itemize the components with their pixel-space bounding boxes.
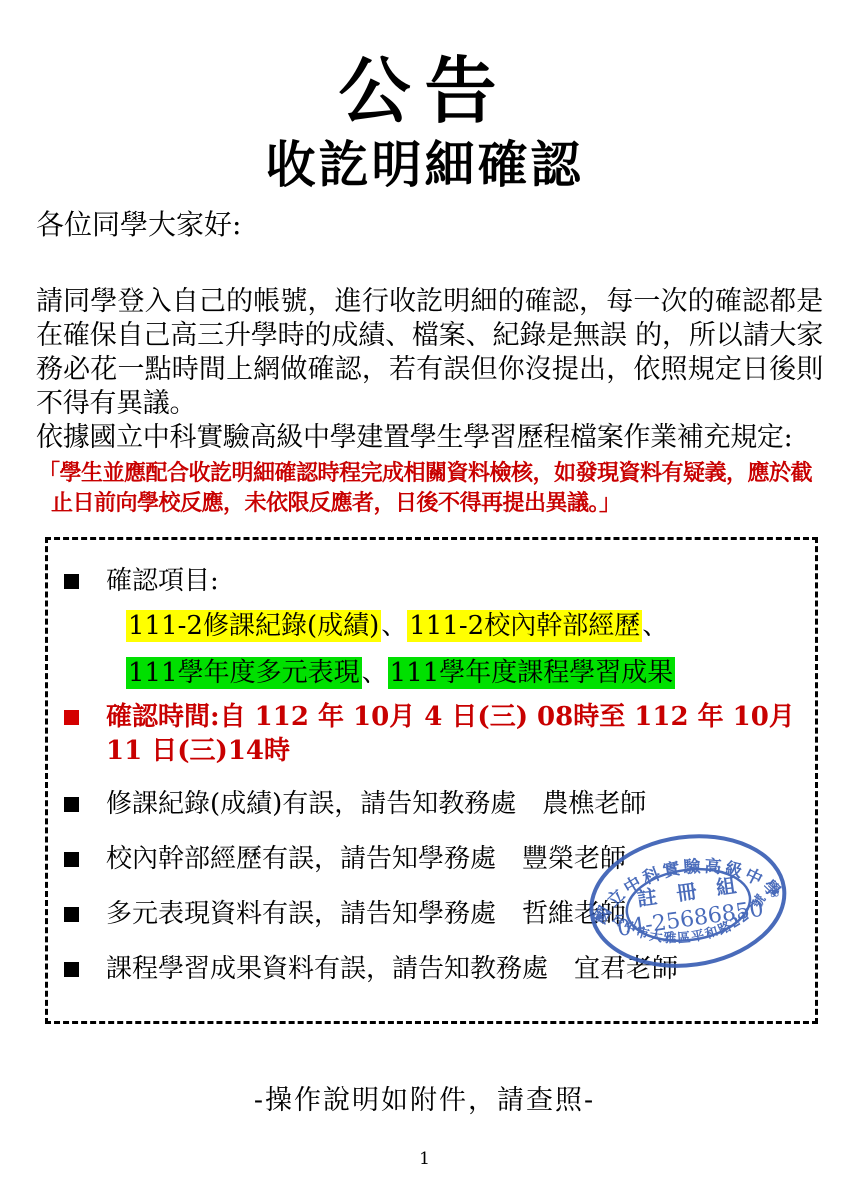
paragraph-main: 請同學登入自己的帳號，進行收訖明細的確認，每一次的確認都是在確保自己高三升學時的… [36,285,823,421]
flower-icon: ❀ [768,884,782,901]
contact-row-course-record: 修課紀錄(成績)有誤，請告知教務處 農樵老師 [64,787,801,821]
registrar-stamp: 國立中科實驗高級中學 台中市大雅區平和路227號 ❀ ❀ 註 冊 組 04-25… [574,817,802,987]
page-number: 1 [0,1149,849,1169]
contact-text: 校內幹部經歷有誤，請告知學務處 豐榮老師 [106,842,626,876]
separator: 、 [362,658,388,688]
highlight-cadre-experience: 111-2校內幹部經歷 [407,610,642,642]
flower-icon: ❀ [592,909,606,926]
highlight-diverse-performance: 111學年度多元表現 [126,657,362,689]
announcement-page: 公告 收訖明細確認 各位同學大家好: 請同學登入自己的帳號，進行收訖明細的確認，… [0,0,849,1200]
footer-note: -操作說明如附件，請查照- [0,1078,849,1117]
contact-text: 多元表現資料有誤，請告知學務處 哲維老師 [106,897,626,931]
regulation-quote: 「學生並應配合收訖明細確認時程完成相關資料檢核，如發現資料有疑義，應於截止日前向… [38,458,831,518]
bullet-square-red-icon [64,710,79,725]
greeting-line: 各位同學大家好: [36,208,849,242]
highlight-course-record: 111-2修課紀錄(成績) [126,610,381,642]
separator: 、 [642,611,668,641]
separator: 、 [381,611,407,641]
yellow-highlight-row: 111-2修課紀錄(成績)、111-2校內幹部經歷、 [64,606,801,646]
confirm-time-row: 確認時間:自 112 年 10月 4 日(三) 08時至 112 年 10月 1… [64,700,801,768]
confirm-items-row: 確認項目: [64,564,801,598]
bullet-square-icon [64,962,79,977]
highlight-learning-outcome: 111學年度課程學習成果 [388,657,676,689]
bullet-square-icon [64,574,79,589]
contact-text: 修課紀錄(成績)有誤，請告知教務處 農樵老師 [106,787,646,821]
green-highlight-row: 111學年度多元表現、111學年度課程學習成果 [64,653,801,693]
registrar-stamp-seal: 國立中科實驗高級中學 台中市大雅區平和路227號 ❀ ❀ 註 冊 組 04-25… [574,817,802,987]
paragraph-regulation: 依據國立中科實驗高級中學建置學生學習歷程檔案作業補充規定: [36,421,823,455]
page-subtitle: 收訖明細確認 [0,137,849,192]
confirm-items-label: 確認項目: [106,564,219,598]
page-title: 公告 [0,0,849,133]
bullet-square-icon [64,852,79,867]
bullet-square-icon [64,797,79,812]
body-text: 請同學登入自己的帳號，進行收訖明細的確認，每一次的確認都是在確保自己高三升學時的… [36,285,823,455]
confirm-time-text: 確認時間:自 112 年 10月 4 日(三) 08時至 112 年 10月 1… [106,700,801,768]
bullet-square-icon [64,907,79,922]
